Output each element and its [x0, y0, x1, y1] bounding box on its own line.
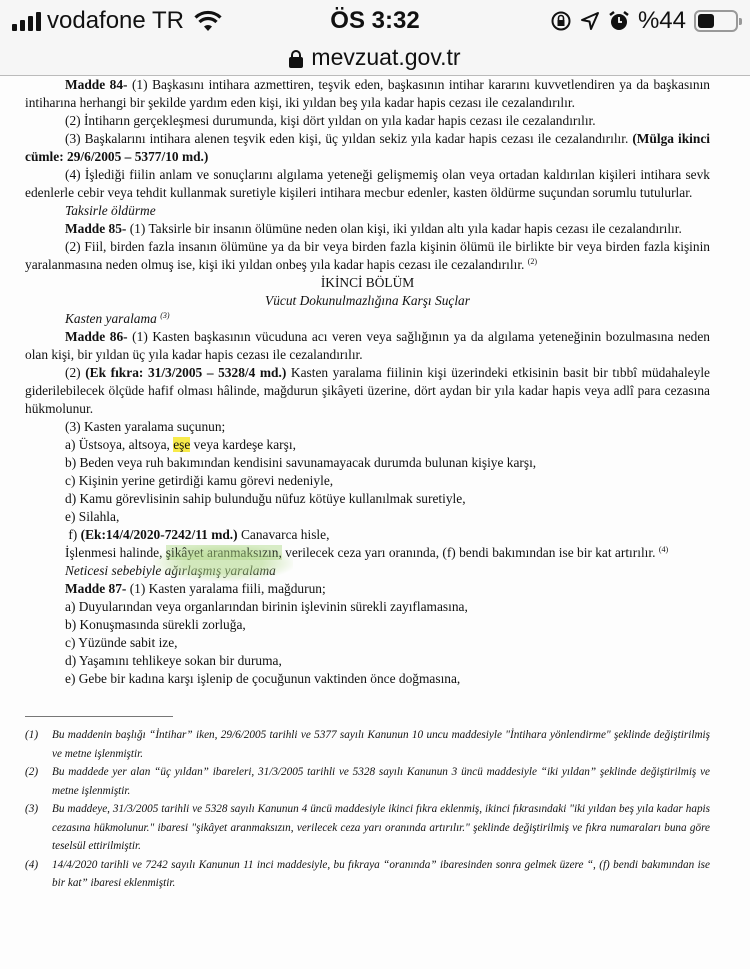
madde-86-item-a: a) Üstsoya, altsoya, eşe veya kardeşe ka… — [25, 436, 710, 454]
amendment-note: (Ek fıkra: 31/3/2005 – 5328/4 md.) — [85, 365, 286, 380]
footnote-item: (3) Bu maddeye, 31/3/2005 tarihli ve 532… — [25, 800, 710, 856]
madde-85-para-1: Madde 85- (1) Taksirle bir insanın ölümü… — [25, 220, 710, 238]
amendment-note: (Ek:14/4/2020-7242/11 md.) — [81, 527, 238, 542]
article-label: Madde 87- — [65, 581, 126, 596]
footnote-item: (2) Bu maddede yer alan “üç yıldan” ibar… — [25, 763, 710, 800]
madde-86-para-1: Madde 86- (1) Kasten başkasının vücuduna… — [25, 328, 710, 364]
footnote-ref[interactable]: (2) — [528, 257, 537, 266]
madde-87-item-d: d) Yaşamını tehlikeye sokan bir duruma, — [25, 652, 710, 670]
heading-taksirle-oldurme: Taksirle öldürme — [25, 202, 710, 220]
footnote-ref[interactable]: (3) — [160, 311, 169, 320]
battery-percent: %44 — [638, 7, 686, 35]
madde-85-para-2: (2) Fiil, birden fazla insanın ölümüne y… — [25, 238, 710, 274]
section-title: İKİNCİ BÖLÜM — [25, 274, 710, 292]
battery-icon — [694, 10, 738, 32]
url-domain[interactable]: mevzuat.gov.tr — [311, 44, 460, 71]
madde-84-para-1: Madde 84- (1) Başkasını intihara azmetti… — [25, 76, 710, 112]
madde-86-item-b: b) Beden veya ruh bakımından kendisini s… — [25, 454, 710, 472]
lock-icon — [289, 50, 303, 68]
madde-84-para-3: (3) Başkalarını intihara alenen teşvik e… — [25, 130, 710, 166]
madde-84-para-4: (4) İşlediği fiilin anlam ve sonuçlarını… — [25, 166, 710, 202]
footnote-ref[interactable]: (4) — [659, 545, 668, 554]
orientation-lock-icon — [550, 10, 572, 32]
footnote-divider — [25, 716, 173, 717]
madde-86-para-3: (3) Kasten yaralama suçunun; — [25, 418, 710, 436]
footnote-item: (1) Bu maddenin başlığı “İntihar” iken, … — [25, 726, 710, 763]
article-label: Madde 86- — [65, 329, 128, 344]
heading-kasten-yaralama: Kasten yaralama (3) — [25, 310, 710, 328]
footnote-item: (4) 14/4/2020 tarihli ve 7242 sayılı Kan… — [25, 856, 710, 893]
madde-87-para-1: Madde 87- (1) Kasten yaralama fiili, mağ… — [25, 580, 710, 598]
status-bar: vodafone TR ÖS 3:32 %44 — [0, 0, 750, 40]
alarm-icon — [608, 10, 630, 32]
article-label: Madde 84- — [65, 77, 128, 92]
madde-87-item-a: a) Duyularından veya organlarından birin… — [25, 598, 710, 616]
madde-86-para-2: (2) (Ek fıkra: 31/3/2005 – 5328/4 md.) K… — [25, 364, 710, 418]
address-bar[interactable]: mevzuat.gov.tr — [0, 40, 750, 76]
madde-86-item-e: e) Silahla, — [25, 508, 710, 526]
law-document: Madde 84- (1) Başkasını intihara azmetti… — [25, 76, 710, 688]
madde-84-para-2: (2) İntiharın gerçekleşmesi durumunda, k… — [25, 112, 710, 130]
madde-87-item-b: b) Konuşmasında sürekli zorluğa, — [25, 616, 710, 634]
section-subtitle: Vücut Dokunulmazlığına Karşı Suçlar — [25, 292, 710, 310]
madde-86-item-c: c) Kişinin yerine getirdiği kamu görevi … — [25, 472, 710, 490]
madde-87-item-e: e) Gebe bir kadına karşı işlenip de çocu… — [25, 670, 710, 688]
madde-86-closing: İşlenmesi halinde, şikâyet aranmaksızın,… — [25, 544, 710, 562]
footnotes: (1) Bu maddenin başlığı “İntihar” iken, … — [25, 726, 710, 893]
article-label: Madde 85- — [65, 221, 126, 236]
location-icon — [580, 11, 600, 31]
heading-neticesi: Neticesi sebebiyle ağırlaşmış yaralama — [25, 562, 710, 580]
madde-86-item-f: f) (Ek:14/4/2020-7242/11 md.) Canavarca … — [25, 526, 710, 544]
search-highlight: eşe — [173, 437, 190, 452]
madde-87-item-c: c) Yüzünde sabit ize, — [25, 634, 710, 652]
madde-86-item-d: d) Kamu görevlisinin sahip bulunduğu nüf… — [25, 490, 710, 508]
marker-highlight: şikâyet aranmaksızın, — [166, 545, 282, 560]
